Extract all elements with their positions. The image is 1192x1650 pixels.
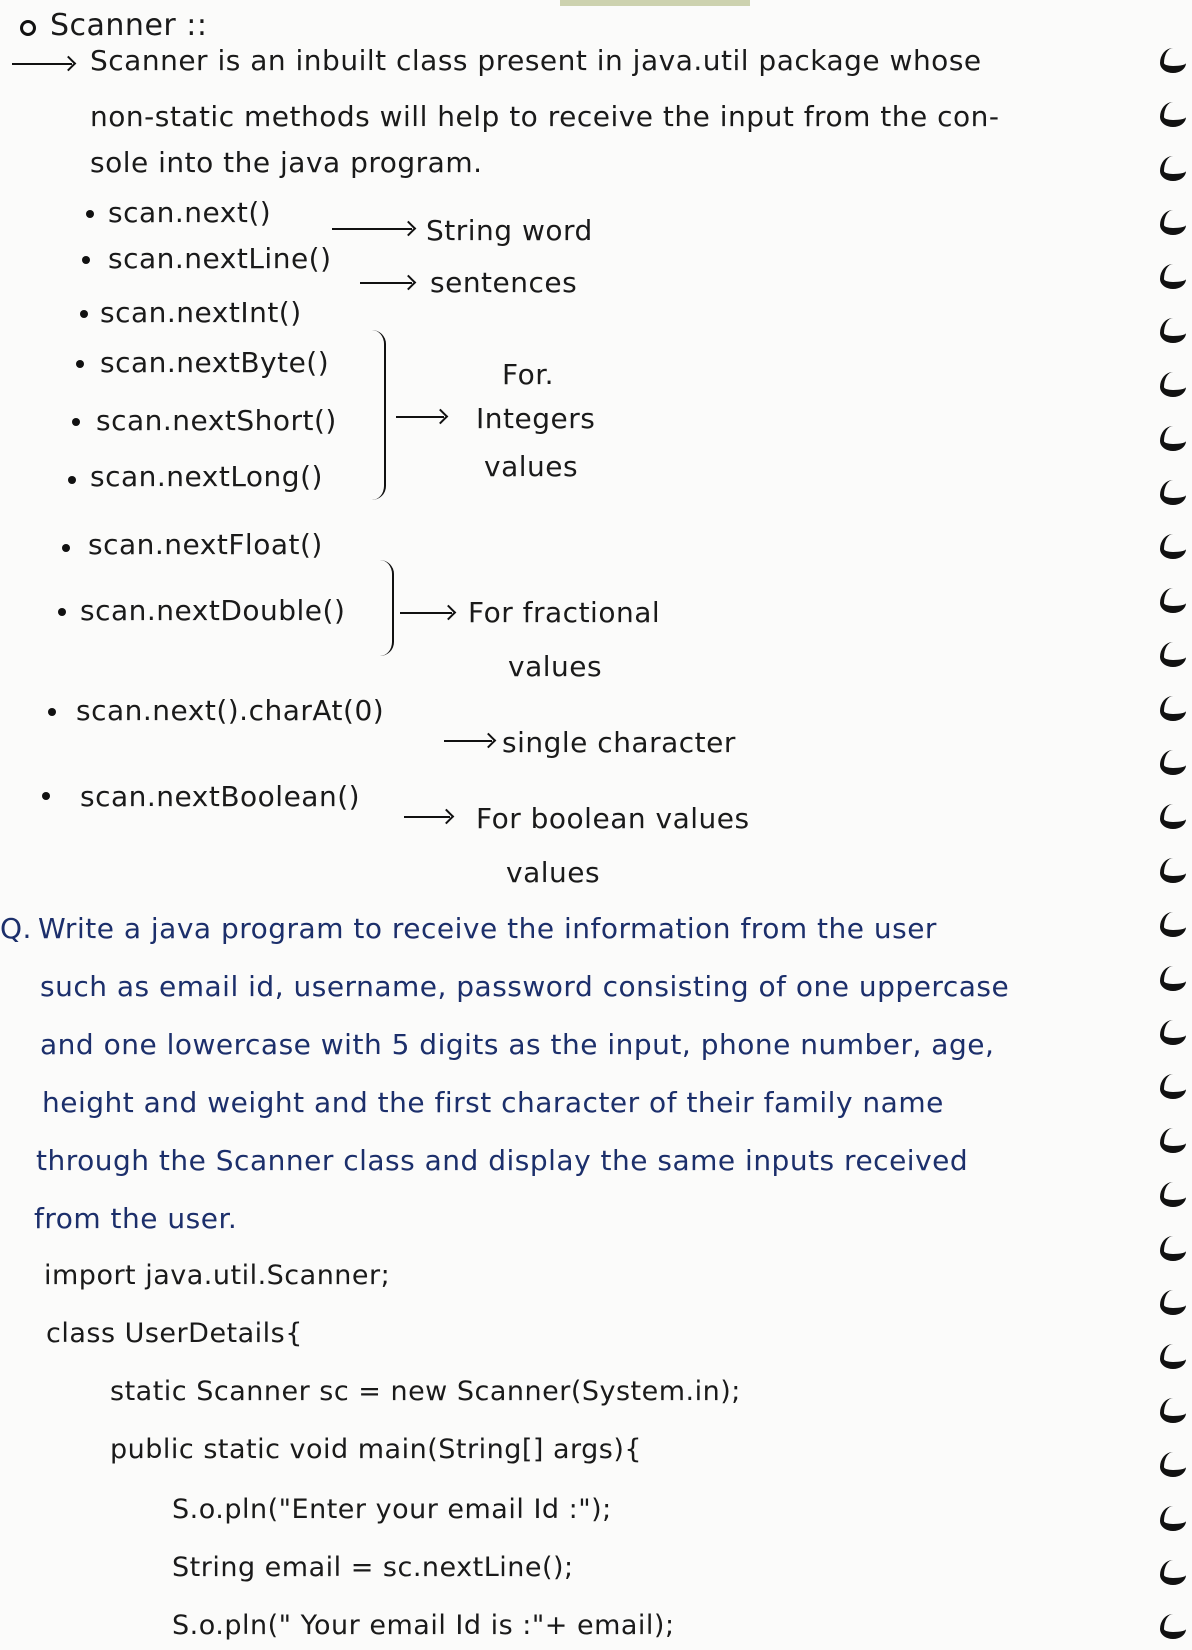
method-item: scan.nextInt() <box>100 296 302 329</box>
spiral-ring-icon <box>1160 858 1186 883</box>
code-line: import java.util.Scanner; <box>44 1260 390 1291</box>
arrow-icon <box>400 612 452 614</box>
brace-icon <box>372 330 386 500</box>
group-label: For fractional <box>468 596 660 629</box>
question-line: through the Scanner class and display th… <box>36 1144 968 1177</box>
spiral-ring-icon <box>1160 210 1186 235</box>
method-desc: String word <box>426 214 593 247</box>
spiral-ring-icon <box>1160 750 1186 775</box>
spiral-ring-icon <box>1160 966 1186 991</box>
notebook-page: Scanner :: Scanner is an inbuilt class p… <box>0 0 1192 1650</box>
spiral-ring-icon <box>1160 1074 1186 1099</box>
bullet-icon <box>72 418 80 426</box>
method-item: scan.nextDouble() <box>80 594 345 627</box>
spiral-ring-icon <box>1160 912 1186 937</box>
arrow-icon <box>12 63 72 65</box>
brace-icon <box>380 560 394 656</box>
bullet-icon <box>80 310 88 318</box>
spiral-ring-icon <box>1160 318 1186 343</box>
question-marker: Q. <box>0 912 32 945</box>
method-item: scan.nextBoolean() <box>80 780 360 813</box>
method-item: scan.next() <box>108 196 271 229</box>
question-line: such as email id, username, password con… <box>40 970 1009 1003</box>
spiral-ring-icon <box>1160 642 1186 667</box>
spiral-ring-icon <box>1160 696 1186 721</box>
spiral-ring-icon <box>1160 588 1186 613</box>
heading-bullet-icon <box>20 20 36 36</box>
bullet-icon <box>68 476 76 484</box>
spiral-ring-icon <box>1160 426 1186 451</box>
arrow-icon <box>404 816 450 818</box>
bullet-icon <box>58 608 66 616</box>
intro-line: sole into the java program. <box>90 146 483 179</box>
method-item: scan.nextShort() <box>96 404 337 437</box>
method-item: scan.nextLong() <box>90 460 323 493</box>
spiral-ring-icon <box>1160 1020 1186 1045</box>
group-label: Integers <box>476 402 595 435</box>
code-line: S.o.pln(" Your email Id is :"+ email); <box>172 1610 675 1641</box>
method-desc: single character <box>502 726 736 759</box>
arrow-icon <box>444 740 492 742</box>
method-item: scan.next().charAt(0) <box>76 694 384 727</box>
method-desc: sentences <box>430 266 577 299</box>
method-item: scan.nextByte() <box>100 346 329 379</box>
spiral-ring-icon <box>1160 1398 1186 1423</box>
spiral-ring-icon <box>1160 1560 1186 1585</box>
code-line: public static void main(String[] args){ <box>110 1434 642 1465</box>
spiral-ring-icon <box>1160 156 1186 181</box>
arrow-icon <box>332 228 412 230</box>
intro-line: non-static methods will help to receive … <box>90 100 999 133</box>
group-label: For. <box>502 358 554 391</box>
question-line: Write a java program to receive the info… <box>38 912 937 945</box>
spiral-ring-icon <box>1160 1614 1186 1639</box>
arrow-icon <box>396 416 444 418</box>
spiral-ring-icon <box>1160 480 1186 505</box>
group-label: values <box>508 650 602 683</box>
method-item: scan.nextLine() <box>108 242 332 275</box>
bullet-icon <box>48 708 56 716</box>
spiral-ring-icon <box>1160 804 1186 829</box>
intro-line: Scanner is an inbuilt class present in j… <box>90 44 982 77</box>
spiral-ring-icon <box>1160 1344 1186 1369</box>
spiral-ring-icon <box>1160 1128 1186 1153</box>
section-heading: Scanner :: <box>50 8 208 43</box>
spiral-ring-icon <box>1160 102 1186 127</box>
method-desc: For boolean values <box>476 802 750 835</box>
code-line: class UserDetails{ <box>46 1318 303 1349</box>
spiral-ring-icon <box>1160 48 1186 73</box>
spiral-ring-icon <box>1160 1290 1186 1315</box>
code-line: static Scanner sc = new Scanner(System.i… <box>110 1376 741 1407</box>
bullet-icon <box>42 792 50 800</box>
spiral-ring-icon <box>1160 372 1186 397</box>
top-edge-strip <box>560 0 750 6</box>
bullet-icon <box>82 256 90 264</box>
group-label: values <box>484 450 578 483</box>
spiral-ring-icon <box>1160 264 1186 289</box>
spiral-ring-icon <box>1160 1506 1186 1531</box>
spiral-ring-icon <box>1160 1236 1186 1261</box>
method-item: scan.nextFloat() <box>88 528 323 561</box>
question-line: height and weight and the first characte… <box>42 1086 944 1119</box>
spiral-ring-icon <box>1160 1182 1186 1207</box>
method-desc: values <box>506 856 600 889</box>
spiral-ring-icon <box>1160 1452 1186 1477</box>
question-line: from the user. <box>34 1202 237 1235</box>
code-line: String email = sc.nextLine(); <box>172 1552 574 1583</box>
arrow-icon <box>360 282 412 284</box>
spiral-ring-icon <box>1160 534 1186 559</box>
question-line: and one lowercase with 5 digits as the i… <box>40 1028 994 1061</box>
bullet-icon <box>62 544 70 552</box>
bullet-icon <box>76 360 84 368</box>
bullet-icon <box>86 210 94 218</box>
code-line: S.o.pln("Enter your email Id :"); <box>172 1494 612 1525</box>
